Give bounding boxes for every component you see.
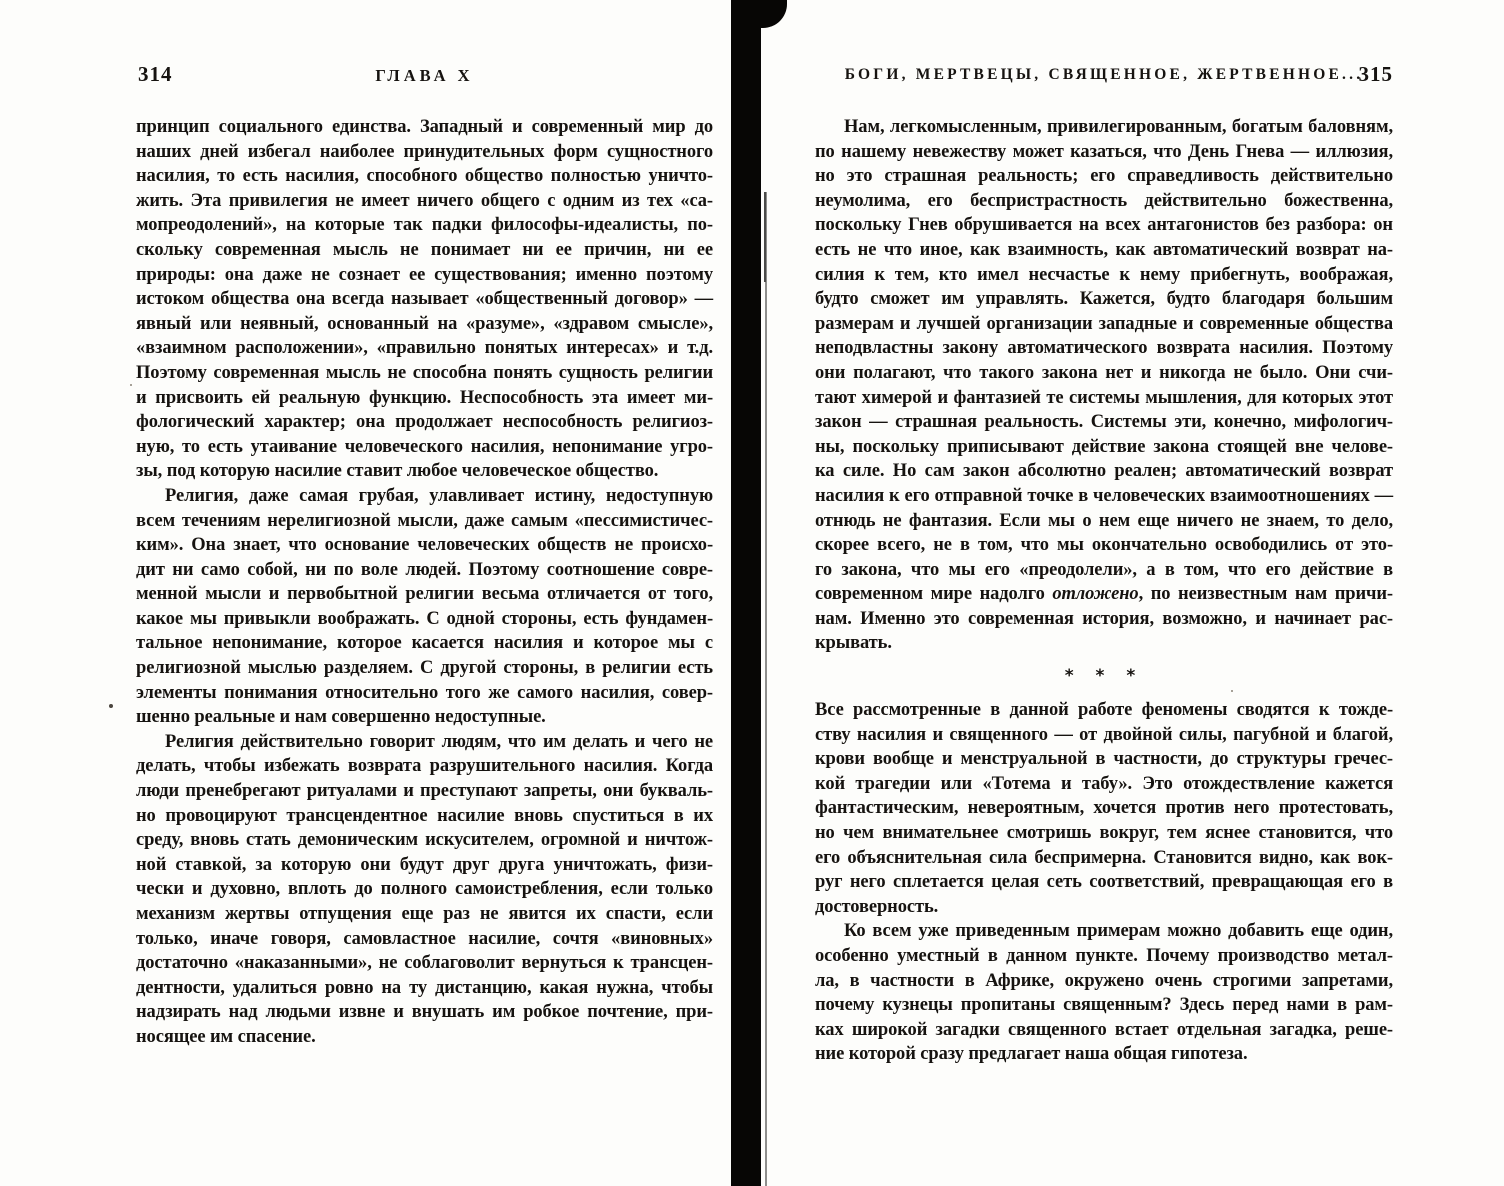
text-line: дит ни само собой, ни по воле людей. Поэ… (136, 558, 713, 583)
text-line: почему кузнецы пропитаны священным? Здес… (815, 993, 1393, 1018)
text-line: но чем внимательнее смотришь вокруг, тем… (815, 821, 1393, 846)
text-line: и присвоить ей реальную функцию. Неспосо… (136, 386, 713, 411)
text-line: но это страшная реальность; его справедл… (815, 164, 1393, 189)
paragraph: Ко всем уже приведенным примерам можно д… (815, 919, 1393, 1067)
paragraph: принцип социального единства. Западный и… (136, 115, 713, 484)
text-line: Религия, даже самая грубая, улавливает и… (136, 484, 713, 509)
gutter-shadow (731, 0, 761, 1186)
text-line: особенно уместный в данном пункте. Почем… (815, 944, 1393, 969)
text-line: насилия, то есть насилия, способного общ… (136, 164, 713, 189)
text-line: крывать. (815, 631, 1393, 656)
text-line: ла, в частности в Африке, окружено очень… (815, 969, 1393, 994)
text-line: закон — страшная реальность. Системы эти… (815, 410, 1393, 435)
text-line: Все рассмотренные в данной работе феноме… (815, 698, 1393, 723)
text-line: скольку современная мысль не понимает ни… (136, 238, 713, 263)
page-number-right: 315 (1359, 62, 1394, 87)
text-line: мопреодолений», на которые так падки фил… (136, 213, 713, 238)
text-line: ной ставкой, за которую они будут друг д… (136, 853, 713, 878)
text-line: природы: она даже не сознает ее существо… (136, 263, 713, 288)
paragraph: Нам, легкомысленным, привилегированным, … (815, 115, 1393, 656)
page-left-header: 314 ГЛАВА X (136, 62, 713, 92)
text-line: ким». Она знает, что основание человечес… (136, 533, 713, 558)
text-line: но провоцируют трансцендентное насилие в… (136, 804, 713, 829)
page-edge-line (765, 192, 767, 1186)
text-line: ка силе. Но сам закон абсолютно реален; … (815, 459, 1393, 484)
text-line: ству насилия и священного — от двойной с… (815, 723, 1393, 748)
page-right-header: БОГИ, МЕРТВЕЦЫ, СВЯЩЕННОЕ, ЖЕРТВЕННОЕ...… (815, 62, 1393, 92)
running-head-right: БОГИ, МЕРТВЕЦЫ, СВЯЩЕННОЕ, ЖЕРТВЕННОЕ... (845, 66, 1364, 84)
gutter-shadow-top (731, 0, 787, 28)
text-line: тают химерой и фантазией те системы мышл… (815, 386, 1393, 411)
running-head-left: ГЛАВА X (375, 66, 473, 86)
text-line: какое мы привыкли воображать. С одной ст… (136, 607, 713, 632)
text-line: Поэтому современная мысль не способна по… (136, 361, 713, 386)
text-line: чески и духовно, вплоть до полного самои… (136, 877, 713, 902)
text-line: зы, под которую насилие ставит любое чел… (136, 459, 713, 484)
text-line: силия к тем, кто имел несчастье к нему п… (815, 263, 1393, 288)
text-line: «взаимном расположении», «правильно поня… (136, 336, 713, 361)
text-line: скорее всего, не в том, что мы окончател… (815, 533, 1393, 558)
text-line: они полагают, что такого закона нет и ни… (815, 361, 1393, 386)
page-left-text: принцип социального единства. Западный и… (136, 115, 713, 1050)
text-line: ние которой сразу предлагает наша общая … (815, 1042, 1393, 1067)
text-line: среду, вновь стать демоническим искусите… (136, 828, 713, 853)
text-line: люди пренебрегают ритуалами и преступают… (136, 779, 713, 804)
text-line: менной мысли и первобытной религии весьм… (136, 582, 713, 607)
text-line: достаточно «наказанными», не соблаговоли… (136, 951, 713, 976)
text-line: размерам и лучшей организации западные и… (815, 312, 1393, 337)
paragraph: Религия действительно говорит людям, что… (136, 730, 713, 1050)
paragraph: Религия, даже самая грубая, улавливает и… (136, 484, 713, 730)
text-line: Ко всем уже приведенным примерам можно д… (815, 919, 1393, 944)
text-line: руг него сплетается целая сеть соответст… (815, 870, 1393, 895)
text-line: явный или неявный, основанный на «разуме… (136, 312, 713, 337)
text-line: Нам, легкомысленным, привилегированным, … (815, 115, 1393, 140)
text-line: Религия действительно говорит людям, что… (136, 730, 713, 755)
text-line: ны, поскольку приписывают действие закон… (815, 435, 1393, 460)
page-number-left: 314 (138, 62, 173, 87)
text-line: отнюдь не фантазия. Если мы о нем еще ни… (815, 509, 1393, 534)
text-line: механизм жертвы отпущения еще раз не яви… (136, 902, 713, 927)
text-line: носящее им спасение. (136, 1025, 713, 1050)
text-line: ную, то есть утаивание человеческого нас… (136, 435, 713, 460)
text-line: жить. Эта привилегия не имеет ничего общ… (136, 189, 713, 214)
text-line: его объяснительная сила беспримерна. Ста… (815, 846, 1393, 871)
text-line: тальное непонимание, которое касается на… (136, 631, 713, 656)
text-line: элементы понимания относительно того же … (136, 681, 713, 706)
text-line: только, иначе говоря, самовластное насил… (136, 927, 713, 952)
section-separator: * * * (815, 666, 1393, 688)
text-line: наших дней избегал наиболее принудительн… (136, 140, 713, 165)
text-line: поскольку Гнев обрушивается на всех анта… (815, 213, 1393, 238)
text-line: есть не что иное, как взаимность, как ав… (815, 238, 1393, 263)
text-line: достоверность. (815, 895, 1393, 920)
text-line: кой трагедии или «Тотема и табу». Это от… (815, 772, 1393, 797)
text-line: шенно реальные и нам совершенно недоступ… (136, 705, 713, 730)
text-line: насилия к его отправной точке в человече… (815, 484, 1393, 509)
text-line: неумолима, его беспристрастность действи… (815, 189, 1393, 214)
text-line: всем течениям нерелигиозной мысли, даже … (136, 509, 713, 534)
text-line: современном мире надолго отложено, по не… (815, 582, 1393, 607)
text-line: фантастическим, невероятным, хочется про… (815, 796, 1393, 821)
text-line: делать, чтобы избежать возврата разрушит… (136, 754, 713, 779)
text-line: ках широкой загадки священного встает от… (815, 1018, 1393, 1043)
scan-speck (1231, 690, 1233, 692)
scan-speck (109, 704, 113, 708)
text-line: принцип социального единства. Западный и… (136, 115, 713, 140)
text-line: по нашему невежеству может казаться, что… (815, 140, 1393, 165)
book-scan: 314 ГЛАВА X принцип социального единства… (0, 0, 1504, 1186)
text-line: надзирать над людьми извне и внушать им … (136, 1000, 713, 1025)
paragraph: Все рассмотренные в данной работе феноме… (815, 698, 1393, 919)
scan-speck (130, 384, 132, 386)
text-line: религиозной мыслью разделяем. С другой с… (136, 656, 713, 681)
text-line: го закона, что мы его «преодолели», а в … (815, 558, 1393, 583)
text-line: неподвластны закону автоматического возв… (815, 336, 1393, 361)
page-edge-line-dark (764, 192, 766, 282)
text-line: фологический характер; она продолжает не… (136, 410, 713, 435)
text-line: истоком общества она всегда называет «об… (136, 287, 713, 312)
text-line: крови вообще и менструальной в частности… (815, 747, 1393, 772)
text-line: будто сможет им управлять. Кажется, будт… (815, 287, 1393, 312)
page-right-text: Нам, легкомысленным, привилегированным, … (815, 115, 1393, 1067)
text-line: нам. Именно это современная история, воз… (815, 607, 1393, 632)
text-line: дентности, удалиться ровно на ту дистанц… (136, 976, 713, 1001)
